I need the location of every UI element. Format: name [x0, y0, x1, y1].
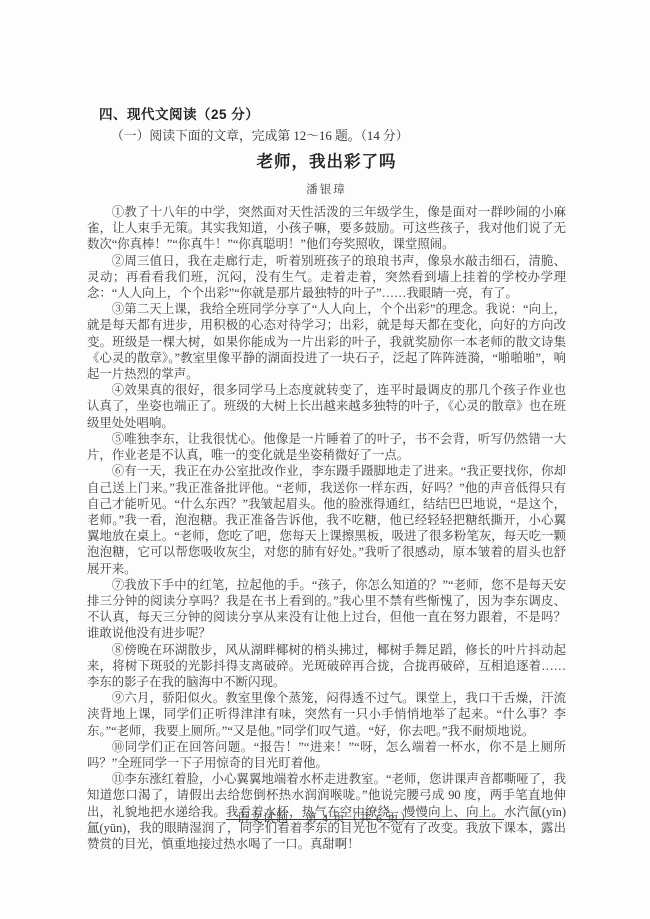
article-paragraph: ②周三值日，我在走廊行走，听着别班孩子的琅琅书声，像泉水敲击细石，清脆、灵动；再…: [87, 253, 566, 302]
paragraph-text: ⑨六月，骄阳似火。教室里像个蒸笼，闷得透不过气。课堂上，我口干舌燥，汗流浃背地上…: [87, 691, 566, 737]
section-instruction: （一）阅读下面的文章，完成第 12～16 题。（14 分）: [111, 127, 566, 145]
article-paragraph: ⑨六月，骄阳似火。教室里像个蒸笼，闷得透不过气。课堂上，我口干舌燥，汗流浃背地上…: [87, 690, 566, 739]
paragraph-text: ⑥有一天，我正在办公室批改作业，李东蹑手蹑脚地走了进来。“我正要找你，你却自己送…: [87, 464, 566, 575]
exam-page: 四、现代文阅读（25 分） （一）阅读下面的文章，完成第 12～16 题。（14…: [0, 0, 650, 919]
article-paragraph: ⑥有一天，我正在办公室批改作业，李东蹑手蹑脚地走了进来。“我正要找你，你却自己送…: [87, 463, 566, 576]
article-paragraph: ①教了十八年的中学，突然面对天性活泼的三年级学生，像是面对一群吵闹的小麻雀，让人…: [87, 204, 566, 253]
paragraph-text: ③第二天上课，我给全班同学分享了“人人向上，个个出彩”的理念。我说：“向上，就是…: [87, 302, 566, 381]
paragraph-text: ⑧傍晚在环湖散步，风从湖畔椰树的梢头拂过，椰树手舞足蹈，修长的叶片抖动起来，将树…: [87, 643, 566, 689]
footer-page-number: 第 4 页（共 6 页）: [305, 811, 413, 825]
paragraph-text: ⑤唯独李东，让我很忧心。他像是一片睡着了的叶子，书不会背，听写仍然错一大片，作业…: [87, 432, 566, 462]
paragraph-text: ⑦我放下手中的红笔，拉起他的手。“孩子，你怎么知道的？”“老师，您不是每天安排三…: [87, 578, 566, 641]
paragraph-text: ①教了十八年的中学，突然面对天性活泼的三年级学生，像是面对一群吵闹的小麻雀，让人…: [87, 205, 566, 251]
article-title: 老师，我出彩了吗: [87, 151, 566, 172]
article-paragraph: ⑤唯独李东，让我很忧心。他像是一片睡着了的叶子，书不会背，听写仍然错一大片，作业…: [87, 431, 566, 463]
article-paragraph: ⑧傍晚在环湖散步，风从湖畔椰树的梢头拂过，椰树手舞足蹈，修长的叶片抖动起来，将树…: [87, 642, 566, 691]
article-paragraph: ④效果真的很好，很多同学马上态度就转变了，连平时最调皮的那几个孩子作业也认真了，…: [87, 382, 566, 431]
paragraph-text: ⑩同学们正在回答问题。“报告！”“进来！”“呀，怎么端着一杯水，你不是上厕所吗？…: [87, 740, 566, 770]
page-footer: 语文试题第 4 页（共 6 页）: [0, 809, 650, 826]
paragraph-text: ④效果真的很好，很多同学马上态度就转变了，连平时最调皮的那几个孩子作业也认真了，…: [87, 383, 566, 429]
article-body: ①教了十八年的中学，突然面对天性活泼的三年级学生，像是面对一群吵闹的小麻雀，让人…: [87, 204, 566, 852]
paragraph-text: ②周三值日，我在走廊行走，听着别班孩子的琅琅书声，像泉水敲击细石，清脆、灵动；再…: [87, 254, 566, 300]
section-heading: 四、现代文阅读（25 分）: [99, 105, 566, 124]
page-content: 四、现代文阅读（25 分） （一）阅读下面的文章，完成第 12～16 题。（14…: [87, 105, 566, 852]
article-paragraph: ⑩同学们正在回答问题。“报告！”“进来！”“呀，怎么端着一杯水，你不是上厕所吗？…: [87, 739, 566, 771]
footer-paper-name: 语文试题: [237, 811, 289, 825]
article-author: 潘银璋: [87, 183, 566, 198]
article-paragraph: ③第二天上课，我给全班同学分享了“人人向上，个个出彩”的理念。我说：“向上，就是…: [87, 301, 566, 382]
article-paragraph: ⑦我放下手中的红笔，拉起他的手。“孩子，你怎么知道的？”“老师，您不是每天安排三…: [87, 577, 566, 642]
